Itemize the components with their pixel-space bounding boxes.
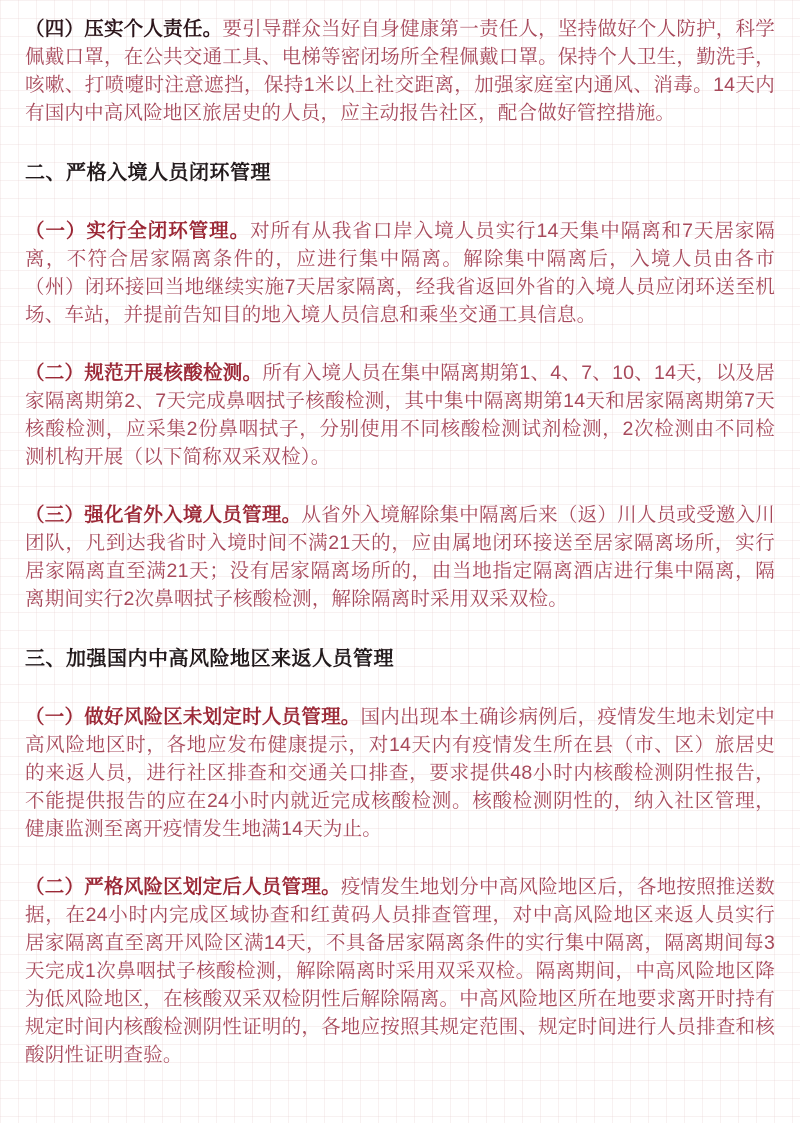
- paragraph: （二）严格风险区划定后人员管理。疫情发生地划分中高风险地区后，各地按照推送数据，…: [25, 873, 775, 1069]
- section-heading: 二、严格入境人员闭环管理: [25, 159, 775, 187]
- paragraph: （四）压实个人责任。要引导群众当好自身健康第一责任人，坚持做好个人防护，科学佩戴…: [25, 15, 775, 127]
- paragraph: （一）做好风险区未划定时人员管理。国内出现本土确诊病例后，疫情发生地未划定中高风…: [25, 703, 775, 843]
- paragraph-text: 疫情发生地划分中高风险地区后，各地按照推送数据，在24小时内完成区域协查和红黄码…: [25, 876, 775, 1066]
- paragraph: （一）实行全闭环管理。对所有从我省口岸入境人员实行14天集中隔离和7天居家隔离，…: [25, 217, 775, 329]
- paragraph-lead: （四）压实个人责任。: [25, 18, 222, 40]
- document-body: （四）压实个人责任。要引导群众当好自身健康第一责任人，坚持做好个人防护，科学佩戴…: [25, 15, 775, 1069]
- paragraph-lead: （一）实行全闭环管理。: [25, 220, 250, 242]
- paragraph-lead: （一）做好风险区未划定时人员管理。: [25, 706, 361, 728]
- paragraph: （二）规范开展核酸检测。所有入境人员在集中隔离期第1、4、7、10、14天，以及…: [25, 359, 775, 471]
- paragraph-lead: （二）规范开展核酸检测。: [25, 362, 262, 384]
- section-heading: 三、加强国内中高风险地区来返人员管理: [25, 645, 775, 673]
- paragraph-lead: （二）严格风险区划定后人员管理。: [25, 876, 341, 898]
- document-page: （四）压实个人责任。要引导群众当好自身健康第一责任人，坚持做好个人防护，科学佩戴…: [0, 0, 800, 1123]
- paragraph: （三）强化省外入境人员管理。从省外入境解除集中隔离后来（返）川人员或受邀入川团队…: [25, 501, 775, 613]
- paragraph-lead: （三）强化省外入境人员管理。: [25, 504, 301, 526]
